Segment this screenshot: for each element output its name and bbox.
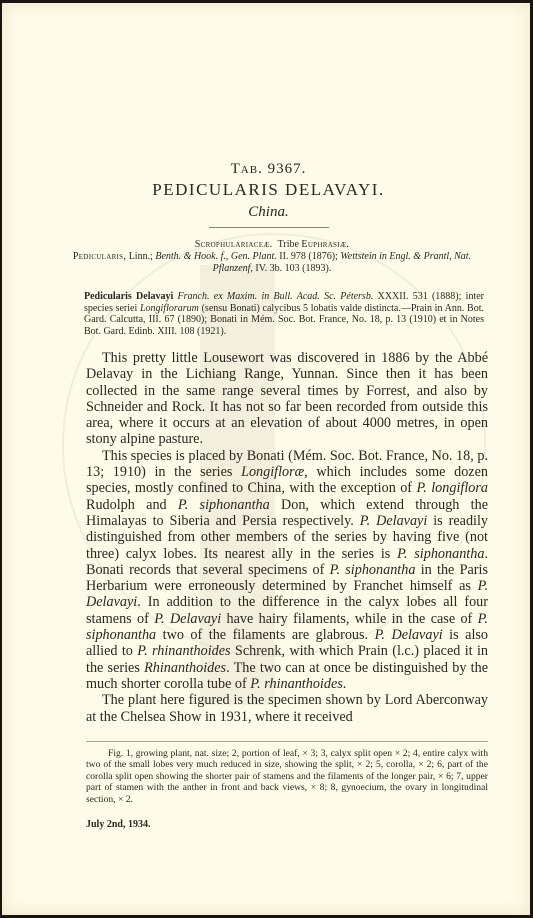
document-page: Tab. 9367. PEDICULARIS DELAVAYI. China. … [2,3,530,915]
locality: China. [2,204,533,221]
genus-name: Pedicularis, [73,251,126,262]
taxon-name: P. siphonantha [397,546,484,562]
taxon-name: Longifloræ [241,464,304,480]
species-name: Pedicularis Delavayi [84,291,173,302]
family-name: Scrophulariaceæ. [195,239,273,250]
paragraph-2: This species is placed by Bonati (Mém. S… [86,448,488,692]
publication-date: July 2nd, 1934. [86,819,150,830]
text-run: two of the filaments are glabrous. [156,627,374,643]
taxon-name: P. Delavayi [360,513,428,529]
reference-2-detail: IV. 3b. 103 (1893). [255,263,331,274]
classification-block: Scrophulariaceæ. Tribe Euphrasiæ. Pedicu… [62,239,482,275]
taxon-name: Rhinanthoides [144,660,226,676]
text-run: . [343,676,347,692]
text-run: Rudolph and [86,497,178,513]
tribe-name: Euphrasiæ. [301,239,349,250]
taxon-name: P. longiflora [416,480,488,496]
species-authority: Franch. ex Maxim. in Bull. Acad. Sc. Pét… [178,291,374,302]
figure-caption: Fig. 1, growing plant, nat. size; 2, por… [86,748,488,805]
taxon-name: P. siphonantha [178,497,270,513]
taxon-name: P. rhinanthoides [250,676,343,692]
paragraph-1: This pretty little Lousewort was discove… [86,350,488,448]
page-title: PEDICULARIS DELAVAYI. [2,180,533,200]
synonymy-block: Pedicularis Delavayi Franch. ex Maxim. i… [84,291,484,337]
figure-caption-text: Fig. 1, growing plant, nat. size; 2, por… [86,748,488,805]
tribe-label: Tribe [278,239,299,250]
body-text: This pretty little Lousewort was discove… [86,350,488,725]
taxon-name: P. Delavayi [375,627,443,643]
plate-number: Tab. 9367. [2,161,533,178]
taxon-name: P. Delavayi [154,611,221,627]
genus-authority: Linn.; [129,251,153,262]
footnote-divider [86,741,488,742]
title-divider [209,227,329,228]
paragraph-3: The plant here figured is the specimen s… [86,692,488,725]
reference-1-authors: Benth. & Hook. f., Gen. Plant. [155,251,276,262]
taxon-name: P. rhinanthoides [137,643,230,659]
taxon-name: P. siphonantha [330,562,416,578]
reference-1-detail: II. 978 (1876); [279,251,338,262]
series-name: Longiflorarum [140,303,199,314]
text-run: have hairy filaments, while in the case … [221,611,477,627]
